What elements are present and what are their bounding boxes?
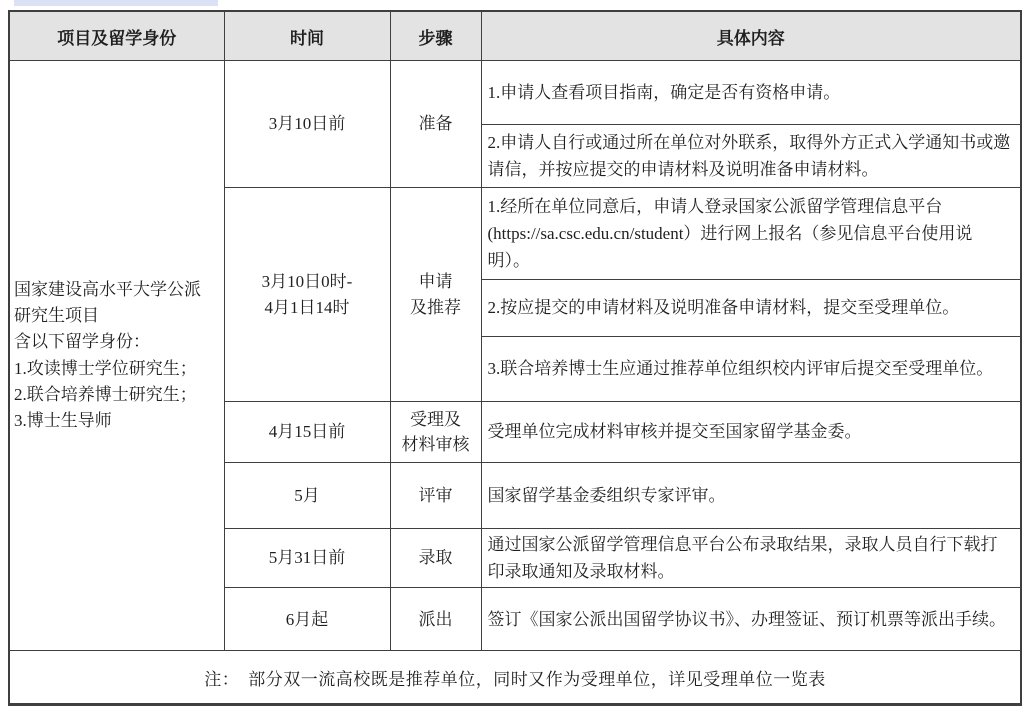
time-cell-prepare: 3月10日前 [224,61,390,188]
header-step-column: 步骤 [390,11,481,61]
detail-cell: 3.联合培养博士生应通过推荐单位组织校内评审后提交至受理单位。 [481,337,1021,402]
detail-cell: 国家留学基金委组织专家评审。 [481,463,1021,529]
header-row: 项目及留学身份 时间 步骤 具体内容 [9,11,1021,61]
step-cell-dispatch: 派出 [390,588,481,651]
note-cell: 注： 部分双一流高校既是推荐单位，同时又作为受理单位，详见受理单位一览表 [9,651,1021,705]
step-cell-review: 评审 [390,463,481,529]
detail-cell: 1.申请人查看项目指南，确定是否有资格申请。 [481,61,1021,125]
step-cell-apply: 申请 及推荐 [390,188,481,402]
detail-cell: 2.按应提交的申请材料及说明准备申请材料，提交至受理单位。 [481,280,1021,337]
header-time-column: 时间 [224,11,390,61]
time-cell-dispatch: 6月起 [224,588,390,651]
step-cell-admit: 录取 [390,529,481,588]
time-cell-apply: 3月10日0时- 4月1日14时 [224,188,390,402]
application-schedule-table: 项目及留学身份 时间 步骤 具体内容 国家建设高水平大学公派 研究生项目 含以下… [8,10,1022,706]
table-row: 国家建设高水平大学公派 研究生项目 含以下留学身份： 1.攻读博士学位研究生； … [9,61,1021,125]
detail-cell: 通过国家公派留学管理信息平台公布录取结果，录取人员自行下载打印录取通知及录取材料… [481,529,1021,588]
detail-cell: 1.经所在单位同意后，申请人登录国家公派留学管理信息平台(https://sa.… [481,188,1021,280]
detail-cell: 签订《国家公派出国留学协议书》、办理签证、预订机票等派出手续。 [481,588,1021,651]
text-highlight-strip [14,0,218,6]
header-detail-column: 具体内容 [481,11,1021,61]
time-cell-admit: 5月31日前 [224,529,390,588]
step-cell-prepare: 准备 [390,61,481,188]
time-cell-review: 5月 [224,463,390,529]
detail-cell: 受理单位完成材料审核并提交至国家留学基金委。 [481,402,1021,463]
step-cell-accept: 受理及 材料审核 [390,402,481,463]
note-row: 注： 部分双一流高校既是推荐单位，同时又作为受理单位，详见受理单位一览表 [9,651,1021,705]
detail-cell: 2.申请人自行或通过所在单位对外联系，取得外方正式入学通知书或邀请信，并按应提交… [481,125,1021,188]
time-cell-accept: 4月15日前 [224,402,390,463]
header-project-column: 项目及留学身份 [9,11,224,61]
project-identity-cell: 国家建设高水平大学公派 研究生项目 含以下留学身份： 1.攻读博士学位研究生； … [9,61,224,651]
